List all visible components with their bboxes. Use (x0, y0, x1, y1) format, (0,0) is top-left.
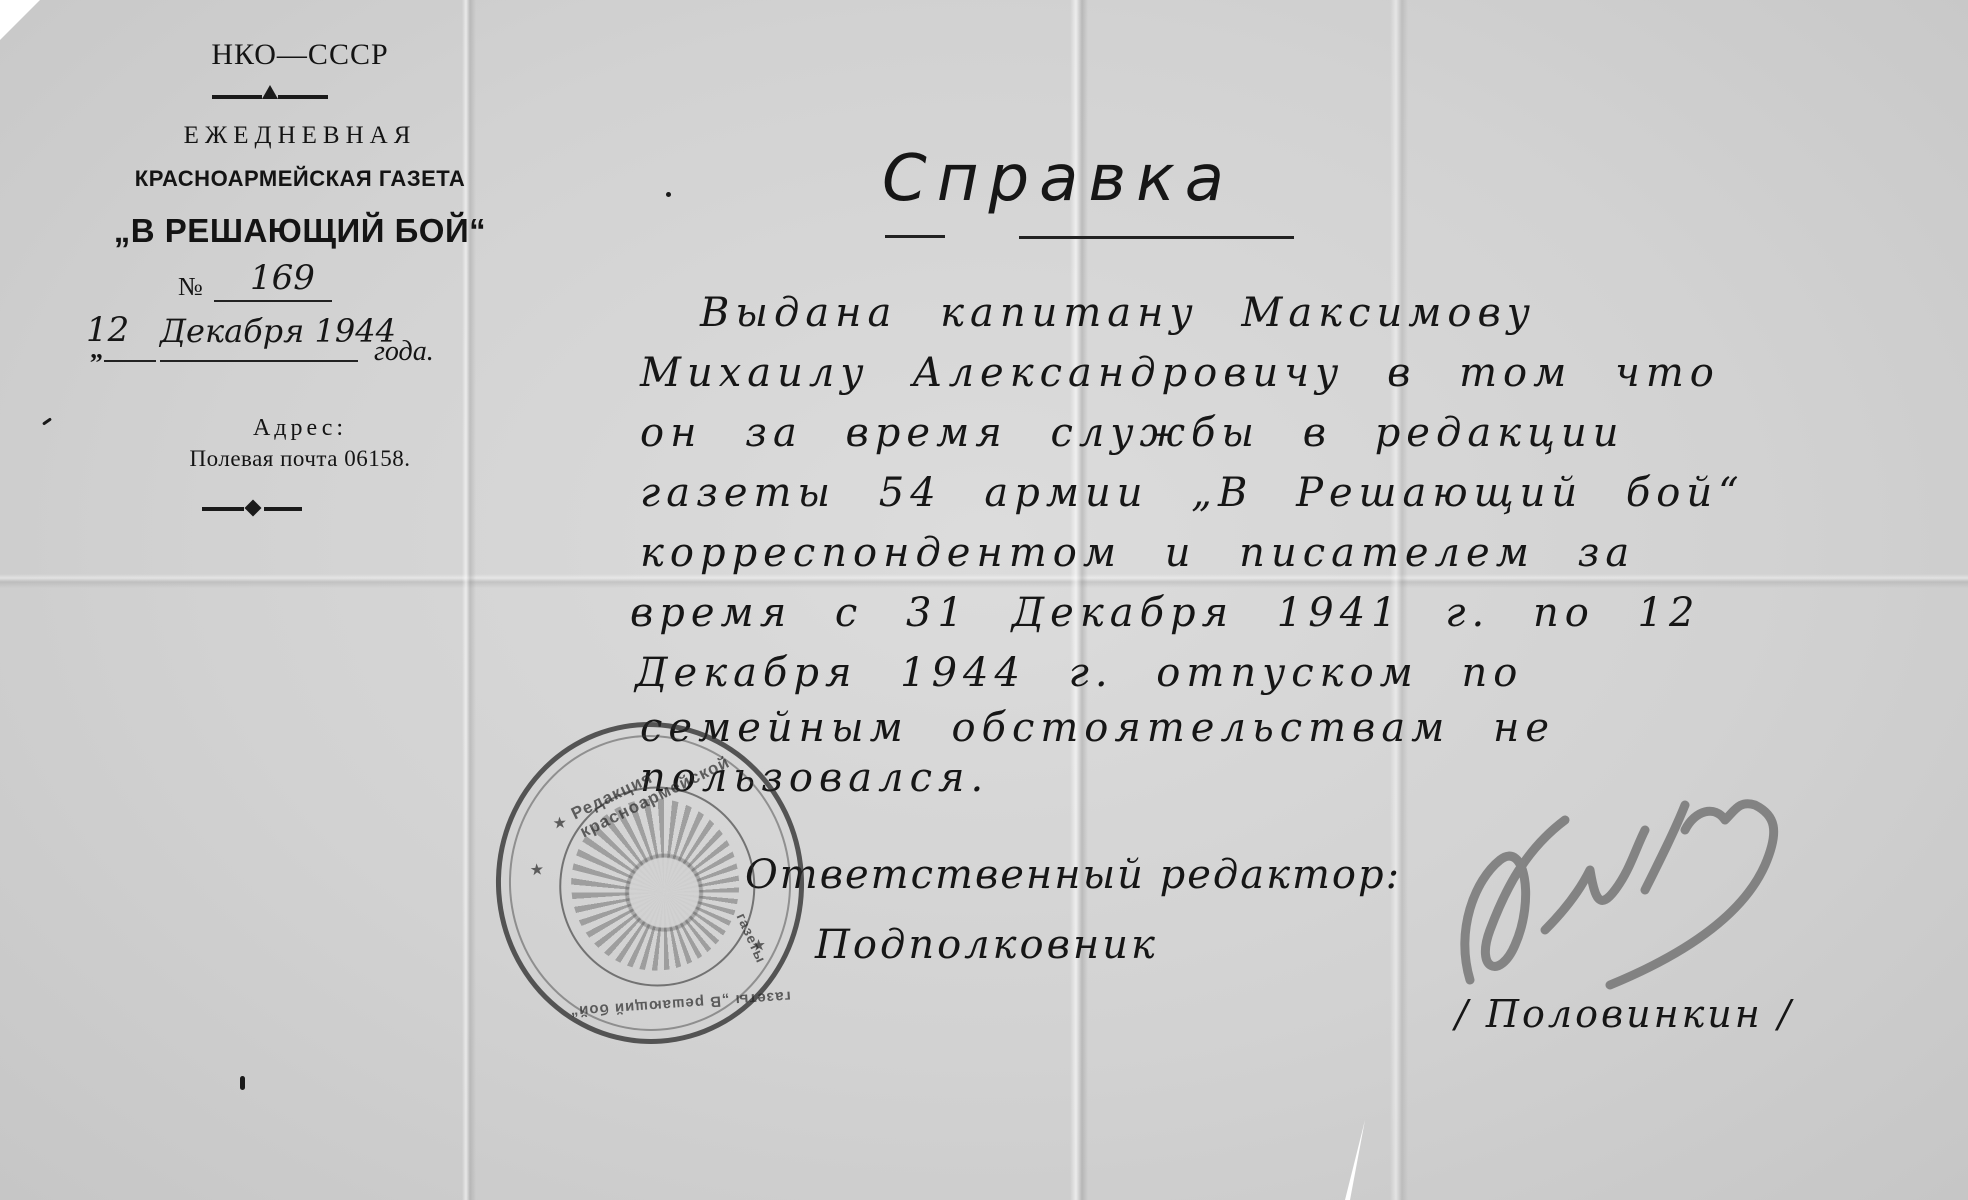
stamp-star-icon-2: ★ (529, 859, 545, 880)
date-month-underline (160, 360, 358, 362)
date-month-year: Декабря 1944 (160, 312, 396, 350)
letterhead-newspaper-name: „В РЕШАЮЩИЙ БОЙ“ (30, 212, 570, 250)
date-day: 12 (86, 310, 129, 350)
ornament-line-right-2 (264, 507, 302, 511)
letterhead-publication-type: КРАСНОАРМЕЙСКАЯ ГАЗЕТА (40, 166, 560, 192)
number-underline (214, 300, 332, 302)
title-underline-right (1019, 236, 1294, 239)
address-value: Полевая почта 06158. (80, 446, 520, 472)
closing-position: Ответственный редактор: (745, 852, 1401, 898)
letterhead-organization: НКО—СССР (100, 38, 500, 72)
date-suffix: года. (374, 336, 434, 368)
closing-rank: Подполковник (815, 922, 1158, 968)
title-underline-left (885, 235, 945, 238)
body-line-5: корреспондентом и писателем за (640, 530, 1635, 576)
document-title: Справка (882, 142, 1234, 216)
ink-dot (666, 192, 671, 197)
number-label: № (178, 272, 203, 302)
ink-mark (240, 1076, 245, 1090)
stamp-star-icon-3: ★ (751, 935, 767, 956)
body-line-7: Декабря 1944 г. отпуском по (635, 650, 1523, 696)
signature-mark (1395, 770, 1815, 1000)
document-number: 169 (250, 258, 315, 298)
body-line-1: Выдана капитану Максимову (700, 290, 1536, 336)
address-label: Адрес: (100, 415, 500, 442)
body-line-2: Михаилу Александровичу в том что (640, 350, 1720, 396)
ornament-line-right (278, 95, 328, 99)
triangle-ornament-icon (262, 85, 278, 99)
ornament-line-left-2 (202, 507, 244, 511)
stamp-star-icon: ★ (552, 813, 568, 834)
body-line-3: он за время службы в редакции (640, 410, 1625, 456)
body-line-4: газеты 54 армии „В Решающий бой“ (640, 470, 1745, 516)
date-day-underline (104, 360, 156, 362)
letterhead-frequency: ЕЖЕДНЕВНАЯ (100, 122, 500, 150)
body-line-6: время с 31 Декабря 1941 г. по 12 (630, 590, 1700, 636)
ornament-line-left (212, 95, 262, 99)
